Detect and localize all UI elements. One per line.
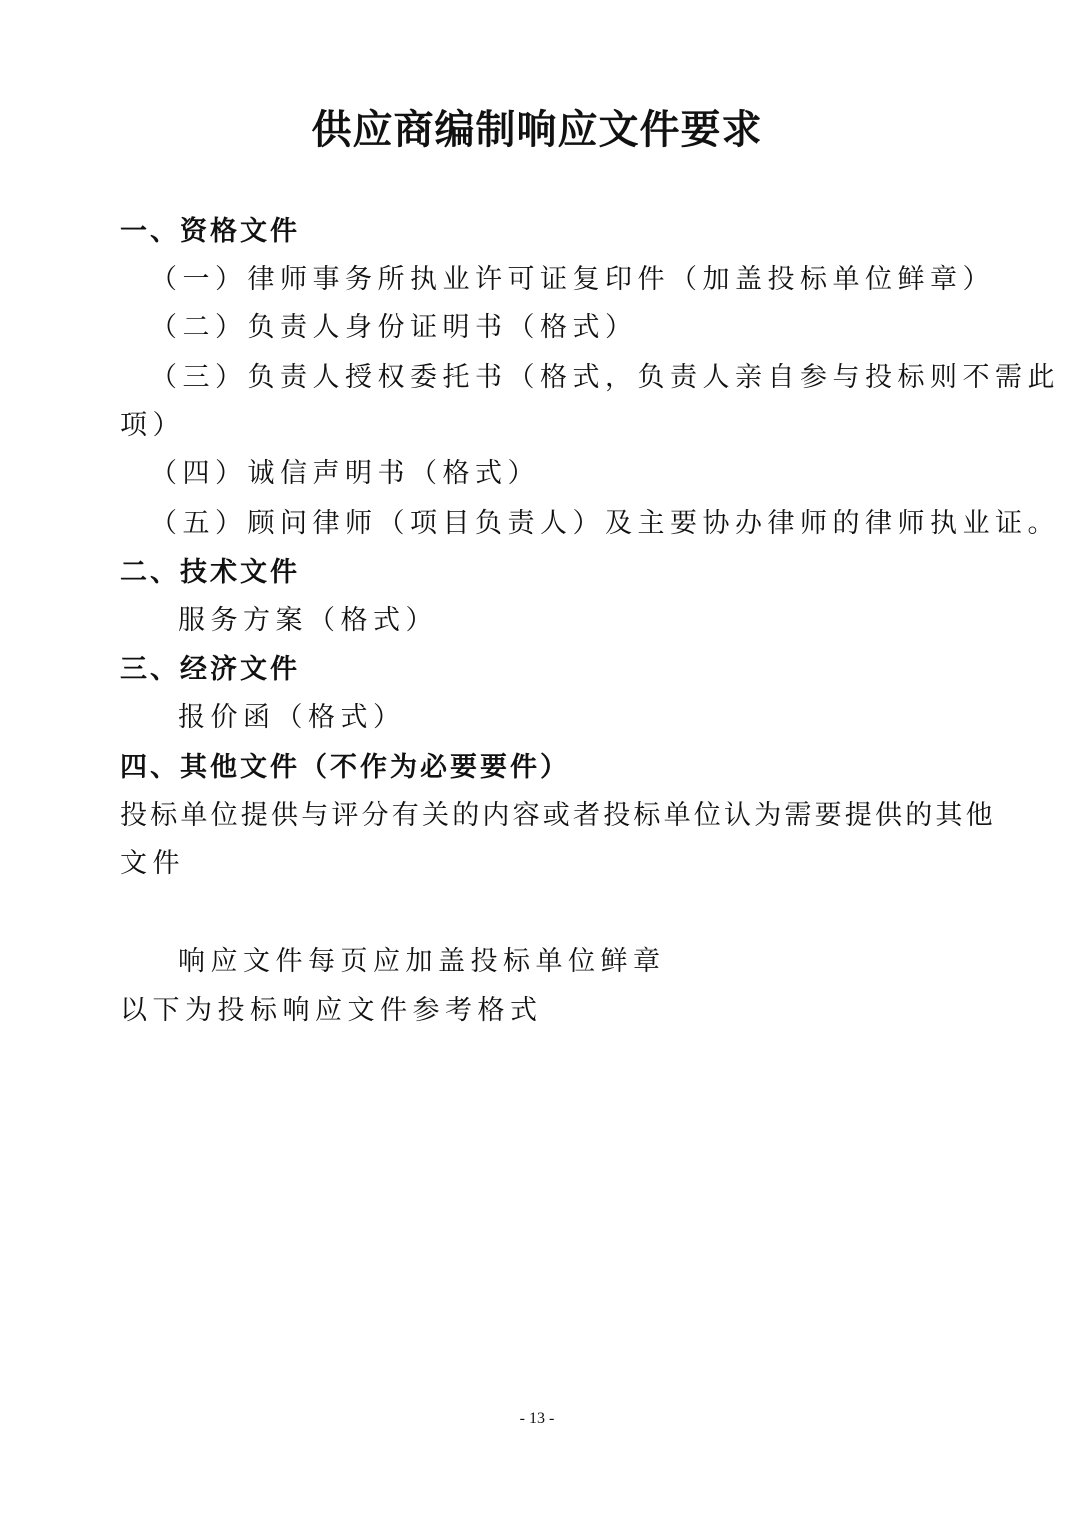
note-reference-format: 以下为投标响应文件参考格式 [120, 991, 543, 1031]
list-item: （二）负责人身份证明书（格式） [150, 308, 638, 348]
section-heading-qualification: 一、资格文件 [120, 212, 300, 252]
document-page: 供应商编制响应文件要求 一、资格文件 （一）律师事务所执业许可证复印件（加盖投标… [0, 0, 1074, 1520]
note-seal-requirement: 响应文件每页应加盖投标单位鲜章 [178, 942, 666, 982]
list-item: 服务方案（格式） [178, 601, 438, 641]
list-item: 报价函（格式） [178, 698, 406, 738]
list-item: （一）律师事务所执业许可证复印件（加盖投标单位鲜章） [150, 260, 995, 300]
list-item-continuation: 项） [120, 406, 185, 446]
list-item: （三）负责人授权委托书（格式，负责人亲自参与投标则不需此 [150, 358, 1060, 398]
section-heading-other: 四、其他文件（不作为必要要件） [120, 748, 570, 788]
page-title: 供应商编制响应文件要求 [0, 102, 1074, 158]
section-heading-economic: 三、经济文件 [120, 650, 300, 690]
paragraph-continuation: 文件 [120, 844, 185, 884]
section-heading-technical: 二、技术文件 [120, 553, 300, 593]
paragraph-text: 投标单位提供与评分有关的内容或者投标单位认为需要提供的其他 [120, 796, 996, 836]
page-number: - 13 - [0, 1410, 1074, 1428]
list-item: （五）顾问律师（项目负责人）及主要协办律师的律师执业证。 [150, 504, 1060, 544]
list-item: （四）诚信声明书（格式） [150, 454, 540, 494]
